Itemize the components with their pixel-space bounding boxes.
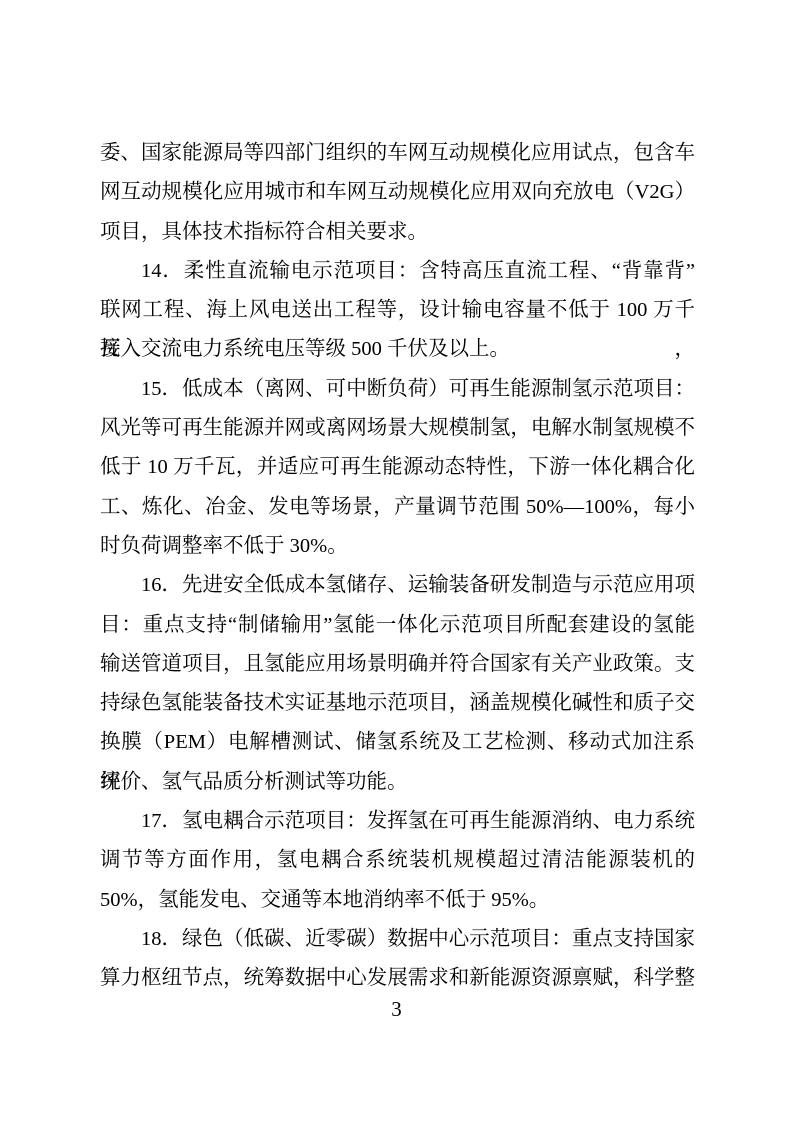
paragraph: 16．先进安全低成本氢储存、运输装备研发制造与示范应用项目：重点支持“制储输用”… (100, 566, 695, 802)
text-line: 18．绿色（低碳、近零碳）数据中心示范项目：重点支持国家 (100, 920, 695, 959)
text-line: 网互动规模化应用城市和车网互动规模化应用双向充放电（V2G） (100, 173, 695, 212)
page-number: 3 (0, 996, 793, 1022)
text-line: 项目，具体技术指标符合相关要求。 (100, 213, 695, 252)
document-page: 委、国家能源局等四部门组织的车网互动规模化应用试点，包含车网互动规模化应用城市和… (0, 0, 793, 1122)
paragraph: 17．氢电耦合示范项目：发挥氢在可再生能源消纳、电力系统调节等方面作用，氢电耦合… (100, 802, 695, 920)
text-line: 工、炼化、冶金、发电等场景，产量调节范围 50%—100%，每小 (100, 488, 695, 527)
paragraph: 18．绿色（低碳、近零碳）数据中心示范项目：重点支持国家算力枢纽节点，统筹数据中… (100, 920, 695, 999)
text-line: 15．低成本（离网、可中断负荷）可再生能源制氢示范项目： (100, 370, 695, 409)
text-line: 评价、氢气品质分析测试等功能。 (100, 763, 695, 802)
text-line: 风光等可再生能源并网或离网场景大规模制氢，电解水制氢规模不 (100, 409, 695, 448)
text-line: 换膜（PEM）电解槽测试、储氢系统及工艺检测、移动式加注系统 (100, 723, 695, 762)
text-line: 目：重点支持“制储输用”氢能一体化示范项目所配套建设的氢能 (100, 606, 695, 645)
text-line: 时负荷调整率不低于 30%。 (100, 527, 695, 566)
text-line: 调节等方面作用，氢电耦合系统装机规模超过清洁能源装机的 (100, 841, 695, 880)
text-line: 持绿色氢能装备技术实证基地示范项目，涵盖规模化碱性和质子交 (100, 684, 695, 723)
paragraph: 14．柔性直流输电示范项目：含特高压直流工程、“背靠背”联网工程、海上风电送出工… (100, 252, 695, 370)
document-body: 委、国家能源局等四部门组织的车网互动规模化应用试点，包含车网互动规模化应用城市和… (100, 134, 695, 999)
text-line: 委、国家能源局等四部门组织的车网互动规模化应用试点，包含车 (100, 134, 695, 173)
text-line: 50%，氢能发电、交通等本地消纳率不低于 95%。 (100, 881, 695, 920)
text-line: 16．先进安全低成本氢储存、运输装备研发制造与示范应用项 (100, 566, 695, 605)
text-line: 17．氢电耦合示范项目：发挥氢在可再生能源消纳、电力系统 (100, 802, 695, 841)
text-line: 联网工程、海上风电送出工程等，设计输电容量不低于 100 万千瓦， (100, 291, 695, 330)
text-line: 14．柔性直流输电示范项目：含特高压直流工程、“背靠背” (100, 252, 695, 291)
text-line: 输送管道项目，且氢能应用场景明确并符合国家有关产业政策。支 (100, 645, 695, 684)
paragraph: 15．低成本（离网、可中断负荷）可再生能源制氢示范项目：风光等可再生能源并网或离… (100, 370, 695, 566)
text-line: 低于 10 万千瓦，并适应可再生能源动态特性，下游一体化耦合化 (100, 448, 695, 487)
paragraph: 委、国家能源局等四部门组织的车网互动规模化应用试点，包含车网互动规模化应用城市和… (100, 134, 695, 252)
text-line: 算力枢纽节点，统筹数据中心发展需求和新能源资源禀赋，科学整 (100, 959, 695, 998)
